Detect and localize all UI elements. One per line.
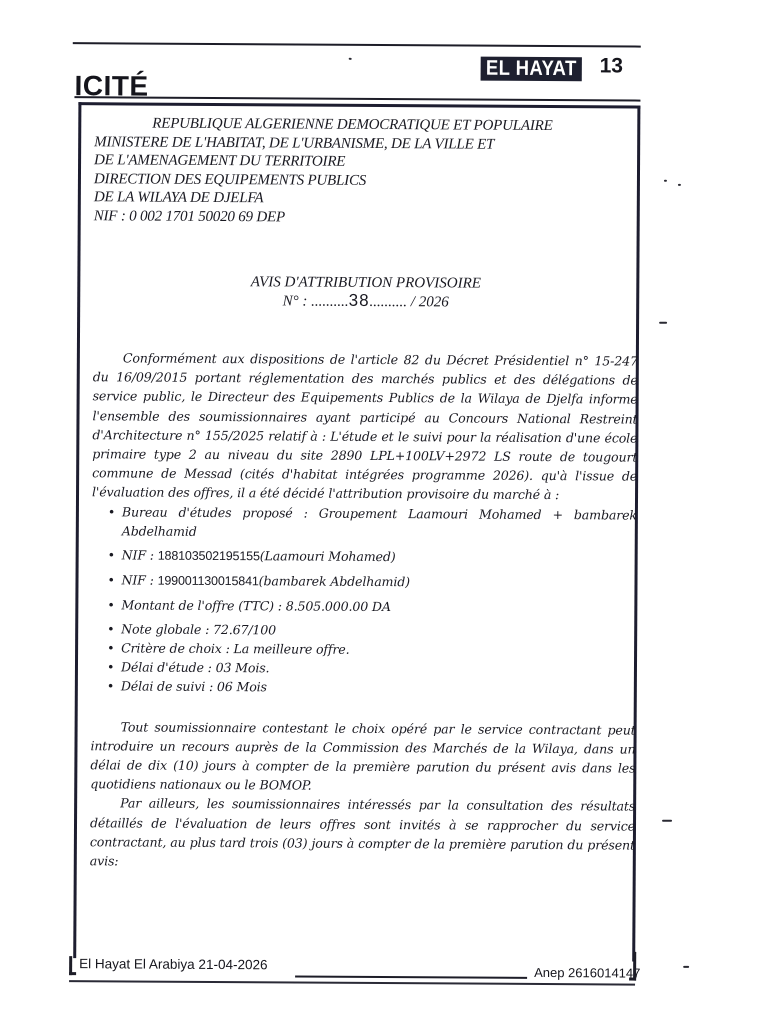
- letterhead-nif: NIF : 0 002 1701 50020 69 DEP: [94, 207, 639, 229]
- bullet-icon: •: [107, 657, 114, 676]
- notice-number-suffix: .......... / 2026: [370, 294, 449, 310]
- header-rule: [74, 96, 640, 101]
- newspaper-page: ICITÉ EL HAYAT 13 REPUBLIQUE ALGERIENNE …: [0, 0, 767, 1024]
- top-rule: [73, 42, 641, 47]
- bullet-icon: •: [107, 676, 114, 695]
- detail-label: Bureau d'études proposé :: [122, 504, 319, 520]
- bullet-icon: •: [107, 619, 114, 638]
- bullet-icon: •: [108, 545, 115, 564]
- detail-label: Note globale :: [121, 621, 213, 637]
- detail-label: Montant de l'offre (TTC) :: [121, 597, 286, 613]
- detail-label: NIF :: [121, 572, 157, 587]
- detail-value: 199001130015841: [158, 573, 259, 588]
- detail-value: 72.67/100: [213, 622, 276, 637]
- notice-number-prefix: N° : ..........: [283, 293, 349, 309]
- detail-label: NIF :: [122, 547, 158, 562]
- notice-body: Conformément aux dispositions de l'artic…: [90, 348, 638, 874]
- scan-speck: [683, 966, 689, 968]
- detail-amount: • Montant de l'offre (TTC) : 8.505.000.0…: [107, 595, 636, 617]
- detail-value: 06 Mois: [217, 679, 267, 694]
- detail-label: Délai de suivi :: [121, 678, 217, 694]
- notice-content: REPUBLIQUE ALGERIENNE DEMOCRATIQUE ET PO…: [94, 114, 640, 228]
- bullet-icon: •: [107, 570, 114, 589]
- detail-value: La meilleure offre.: [234, 641, 350, 657]
- page-number: 13: [600, 54, 624, 78]
- footer-rule: [295, 975, 527, 978]
- detail-nif-2: • NIF : 199001130015841(bambarek Abdelha…: [107, 570, 636, 593]
- detail-value: 8.505.000.00 DA: [286, 598, 391, 614]
- consultation-paragraph: Par ailleurs, les soumissionnaires intér…: [90, 794, 635, 874]
- scan-speck: [664, 180, 667, 182]
- detail-nif-1: • NIF : 188103502195155(Laamouri Mohamed…: [108, 545, 637, 568]
- detail-bureau: • Bureau d'études proposé : Groupement L…: [108, 502, 637, 543]
- letterhead: REPUBLIQUE ALGERIENNE DEMOCRATIQUE ET PO…: [94, 114, 640, 228]
- page-footer: El Hayat El Arabiya 21-04-2026 Anep 2616…: [69, 954, 635, 983]
- bullet-icon: •: [108, 502, 115, 521]
- detail-label: Délai d'étude :: [121, 659, 216, 675]
- appeal-paragraph: Tout soumissionnaire contestant le choix…: [90, 717, 635, 797]
- anep-reference: Anep 2616014147: [534, 965, 640, 981]
- bullet-icon: •: [107, 595, 114, 614]
- footer-bottom-rule: [69, 980, 635, 985]
- detail-note: (Laamouri Mohamed): [260, 548, 396, 564]
- scan-speck: [678, 184, 681, 186]
- detail-note: (bambarek Abdelhamid): [259, 573, 410, 589]
- detail-value: 188103502195155: [158, 548, 260, 563]
- newspaper-masthead: EL HAYAT: [481, 57, 583, 82]
- detail-label: Critère de choix :: [121, 640, 234, 656]
- notice-heading: AVIS D'ATTRIBUTION PROVISOIRE N° : .....…: [93, 272, 638, 312]
- detail-followup-delay: • Délai de suivi : 06 Mois: [107, 676, 636, 698]
- notice-number-row: N° : ..........38.......... / 2026: [93, 290, 638, 312]
- intro-paragraph: Conformément aux dispositions de l'artic…: [92, 348, 638, 505]
- award-details-list: • Bureau d'études proposé : Groupement L…: [91, 502, 637, 698]
- bullet-icon: •: [107, 638, 114, 657]
- scan-speck: [662, 820, 672, 822]
- footer-bracket-left: [69, 956, 76, 975]
- notice-number: 38: [349, 291, 370, 310]
- publication-source: El Hayat El Arabiya 21-04-2026: [79, 956, 267, 972]
- detail-value: 03 Mois.: [216, 660, 270, 675]
- footer-bracket-right: [629, 952, 636, 981]
- scan-speck: [349, 58, 352, 60]
- scan-speck: [659, 322, 667, 324]
